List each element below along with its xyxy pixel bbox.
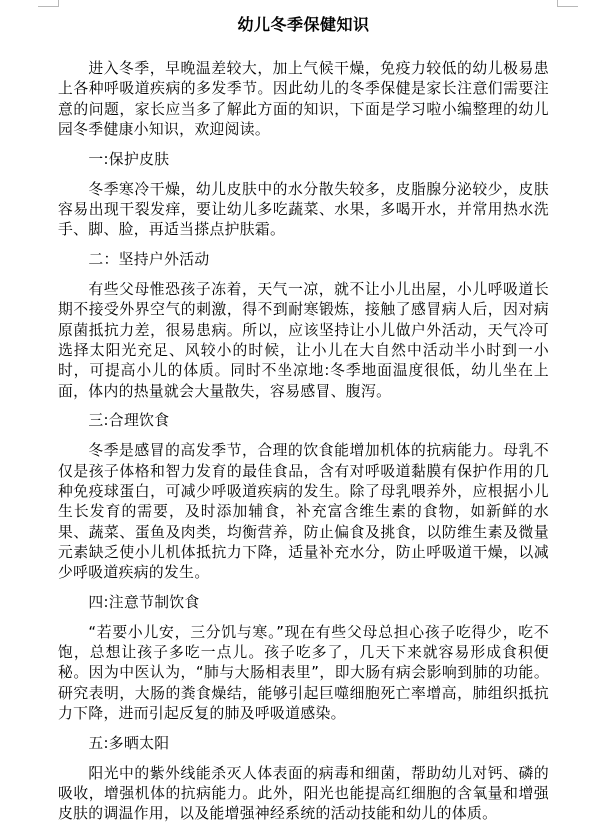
intro-paragraph: 进入冬季，早晚温差较大，加上气候干燥，免疫力较低的幼儿极易患上各种呼吸道疾病的多… — [58, 59, 549, 140]
section-heading-skin-care: 一:保护皮肤 — [58, 150, 549, 170]
document-body: 进入冬季，早晚温差较大，加上气候干燥，免疫力较低的幼儿极易患上各种呼吸道疾病的多… — [58, 59, 549, 834]
section-heading-moderate-eating: 四:注意节制饮食 — [58, 593, 549, 613]
section-body-skin-care: 冬季寒冷干燥，幼儿皮肤中的水分散失较多，皮脂腺分泌较少，皮肤容易出现干裂发痒，要… — [58, 180, 549, 241]
section-body-sunlight: 阳光中的紫外线能杀灭人体表面的病毒和细菌，帮助幼儿对钙、磷的吸收，增强机体的抗病… — [58, 764, 549, 825]
document-title: 幼儿冬季保健知识 — [58, 14, 549, 36]
page-corner-mark-left — [38, 0, 59, 7]
section-heading-outdoor-activity: 二：坚持户外活动 — [58, 250, 549, 270]
section-body-moderate-eating: “若要小儿安，三分饥与寒。”现在有些父母总担心孩子吃得少，吃不饱，总想让孩子多吃… — [58, 623, 549, 724]
section-body-diet: 冬季是感冒的高发季节，合理的饮食能增加机体的抗病能力。母乳不仅是孩子体格和智力发… — [58, 441, 549, 583]
page-corner-mark-right — [557, 0, 578, 7]
section-heading-sunlight: 五:多晒太阳 — [58, 734, 549, 754]
section-heading-diet: 三:合理饮食 — [58, 411, 549, 431]
section-body-outdoor-activity: 有些父母惟恐孩子冻着，天气一凉，就不让小儿出屋，小儿呼吸道长期不接受外界空气的刺… — [58, 280, 549, 402]
